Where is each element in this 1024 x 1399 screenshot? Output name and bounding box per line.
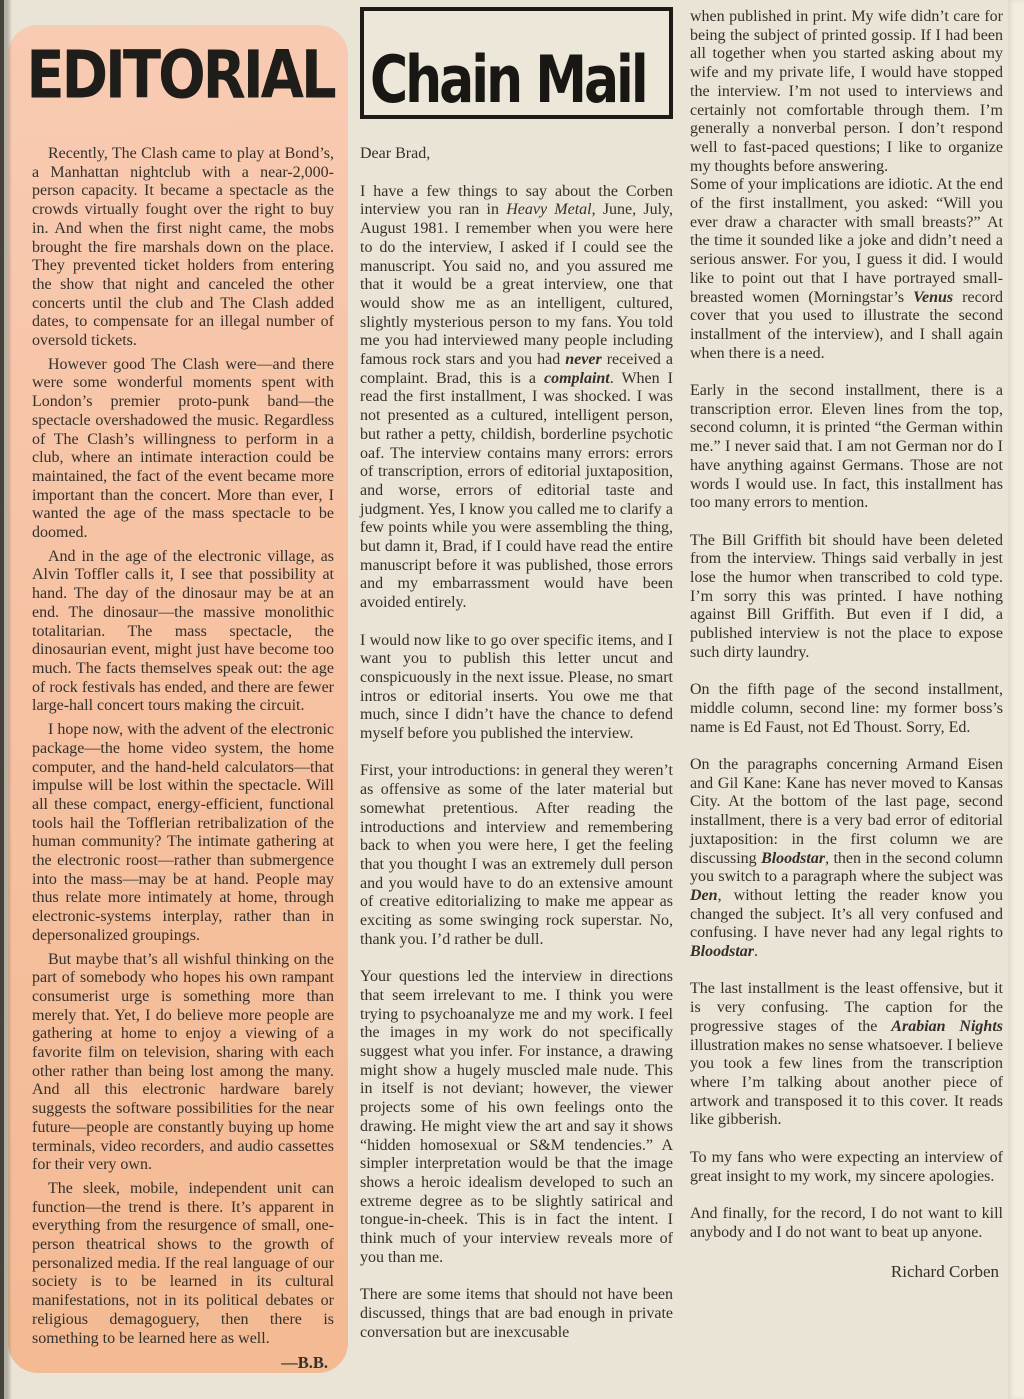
- paragraph: First, your introductions: in general th…: [360, 762, 673, 949]
- chain-mail-title: Chain Mail: [370, 48, 646, 113]
- emphasized-text: Venus: [913, 289, 953, 306]
- paragraph: But maybe that’s all wishful thinking on…: [32, 951, 334, 1175]
- paragraph: And finally, for the record, I do not wa…: [690, 1205, 1003, 1242]
- letter-body-column-1: I have a few things to say about the Cor…: [360, 183, 673, 1343]
- paragraph: The sleek, mobile, independent unit can …: [32, 1180, 334, 1348]
- page-edge-highlight: [1008, 0, 1024, 1399]
- text-segment: Some of your implications are idiotic. A…: [690, 176, 1003, 305]
- paragraph: And in the age of the electronic village…: [32, 548, 334, 716]
- paragraph: On the paragraphs concerning Armand Eise…: [690, 756, 1003, 962]
- paragraph: when published in print. My wife didn’t …: [690, 8, 1003, 363]
- paragraph: The last installment is the least offens…: [690, 980, 1003, 1130]
- letter-body-column-2: when published in print. My wife didn’t …: [690, 8, 1003, 1242]
- emphasized-text: complaint: [544, 370, 610, 387]
- text-segment: illustration makes no sense whatsoever. …: [690, 1037, 1003, 1129]
- letter-signature: Richard Corben: [690, 1262, 999, 1282]
- paragraph: There are some items that should not hav…: [360, 1286, 673, 1342]
- page-gutter-shadow: [0, 0, 12, 1399]
- paragraph: However good The Clash were—and there we…: [32, 356, 334, 543]
- chain-mail-header-box: Chain Mail: [360, 7, 673, 119]
- paragraph: Your questions led the interview in dire…: [360, 968, 673, 1267]
- chain-mail-column-1: Chain Mail Dear Brad, I have a few thing…: [360, 0, 673, 1342]
- paragraph: To my fans who were expecting an intervi…: [690, 1149, 1003, 1186]
- emphasized-text: Bloodstar: [761, 850, 825, 867]
- magazine-page: { "theme": { "page-bg": "#e9e4d6", "pane…: [0, 0, 1024, 1399]
- editorial-panel: EDITORIAL Recently, The Clash came to pl…: [8, 25, 348, 1373]
- text-segment: , without letting the reader know you ch…: [690, 887, 1003, 941]
- text-segment: when published in print. My wife didn’t …: [690, 8, 1003, 175]
- text-segment: .: [754, 943, 758, 960]
- paragraph: I would now like to go over specific ite…: [360, 632, 673, 744]
- text-segment: , June, July, August 1981. I remember wh…: [360, 201, 673, 368]
- paragraph: Early in the second installment, there i…: [690, 382, 1003, 513]
- letter-salutation: Dear Brad,: [360, 145, 673, 164]
- editorial-body: Recently, The Clash came to play at Bond…: [32, 145, 334, 1348]
- emphasized-text: Arabian Nights: [891, 1018, 1003, 1035]
- paragraph: I have a few things to say about the Cor…: [360, 183, 673, 613]
- emphasized-text: Heavy Metal: [506, 201, 591, 218]
- paragraph: On the fifth page of the second installm…: [690, 681, 1003, 737]
- emphasized-text: Bloodstar: [690, 943, 754, 960]
- paragraph: Recently, The Clash came to play at Bond…: [32, 145, 334, 351]
- chain-mail-column-2: when published in print. My wife didn’t …: [690, 0, 1003, 1282]
- emphasized-text: Den: [690, 887, 718, 904]
- paragraph: I hope now, with the advent of the elect…: [32, 721, 334, 945]
- paragraph: The Bill Griffith bit should have been d…: [690, 532, 1003, 663]
- editorial-byline: —B.B.: [24, 1353, 328, 1373]
- text-segment: . When I read the first installment, I w…: [360, 370, 673, 611]
- emphasized-text: never: [565, 351, 601, 368]
- editorial-title: EDITORIAL: [24, 41, 336, 112]
